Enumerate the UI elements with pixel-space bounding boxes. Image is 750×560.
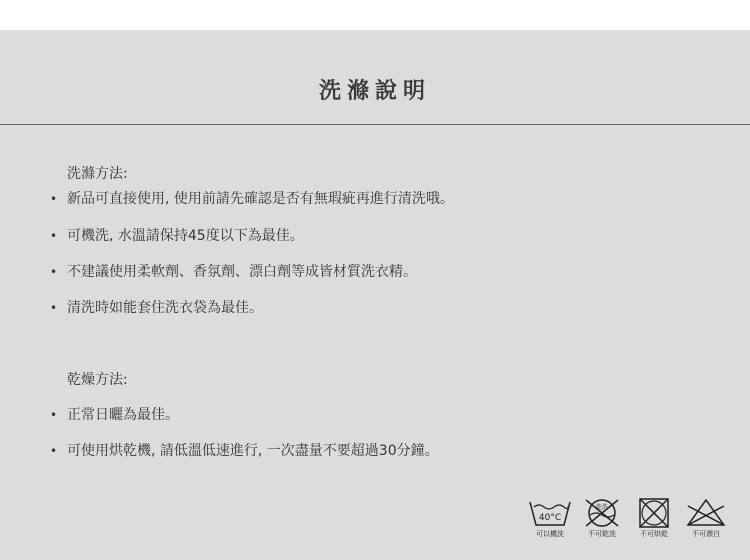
machine-wash-40c-icon: 40°C — [528, 498, 572, 528]
care-icon-label: 不可乾洗 — [588, 529, 616, 539]
care-icon-machine-wash: 40°C 可以機洗 — [528, 498, 572, 539]
care-icons: 40°C 可以機洗 乾洗 不可乾洗 不可烘乾 — [528, 498, 728, 539]
bullet: • — [50, 301, 67, 315]
washing-item: •不建議使用柔軟劑、香氛劑、漂白劑等成皆材質洗衣精。 — [50, 261, 417, 281]
drying-item-text: 正常日曬為最佳。 — [67, 407, 179, 423]
page-title: 洗滌說明 — [0, 74, 750, 105]
drying-heading: 乾燥方法: — [67, 369, 128, 389]
svg-text:40°C: 40°C — [539, 513, 561, 523]
care-icon-label: 不可烘乾 — [640, 529, 668, 539]
washing-item: •新品可直接使用, 使用前請先確認是否有無瑕疵再進行清洗哦。 — [50, 188, 454, 208]
bullet: • — [50, 192, 67, 206]
care-icon-no-bleach: 不可漂白 — [684, 498, 728, 539]
drying-item-text: 可使用烘乾機, 請低溫低速進行, 一次盡量不要超過30分鐘。 — [67, 443, 439, 459]
no-tumble-dry-icon — [632, 498, 676, 528]
drying-item: •可使用烘乾機, 請低溫低速進行, 一次盡量不要超過30分鐘。 — [50, 440, 439, 460]
care-icon-no-tumble-dry: 不可烘乾 — [632, 498, 676, 539]
care-icon-no-dry-clean: 乾洗 不可乾洗 — [580, 498, 624, 539]
washing-item: •清洗時如能套住洗衣袋為最佳。 — [50, 297, 263, 317]
care-icon-label: 可以機洗 — [536, 529, 564, 539]
bullet: • — [50, 408, 67, 422]
no-dry-clean-icon: 乾洗 — [580, 498, 624, 528]
drying-item: •正常日曬為最佳。 — [50, 404, 179, 424]
washing-item-text: 新品可直接使用, 使用前請先確認是否有無瑕疵再進行清洗哦。 — [67, 191, 454, 207]
title-divider — [0, 124, 750, 125]
washing-item: •可機洗, 水溫請保持45度以下為最佳。 — [50, 225, 304, 245]
washing-heading: 洗滌方法: — [67, 163, 128, 183]
bullet: • — [50, 265, 67, 279]
bullet: • — [50, 229, 67, 243]
washing-item-text: 清洗時如能套住洗衣袋為最佳。 — [67, 300, 263, 316]
care-instructions-panel: 洗滌說明 洗滌方法: •新品可直接使用, 使用前請先確認是否有無瑕疵再進行清洗哦… — [0, 30, 750, 560]
washing-item-text: 可機洗, 水溫請保持45度以下為最佳。 — [67, 228, 304, 244]
no-bleach-icon — [684, 498, 728, 528]
care-icon-label: 不可漂白 — [692, 529, 720, 539]
bullet: • — [50, 444, 67, 458]
washing-item-text: 不建議使用柔軟劑、香氛劑、漂白劑等成皆材質洗衣精。 — [67, 264, 417, 280]
